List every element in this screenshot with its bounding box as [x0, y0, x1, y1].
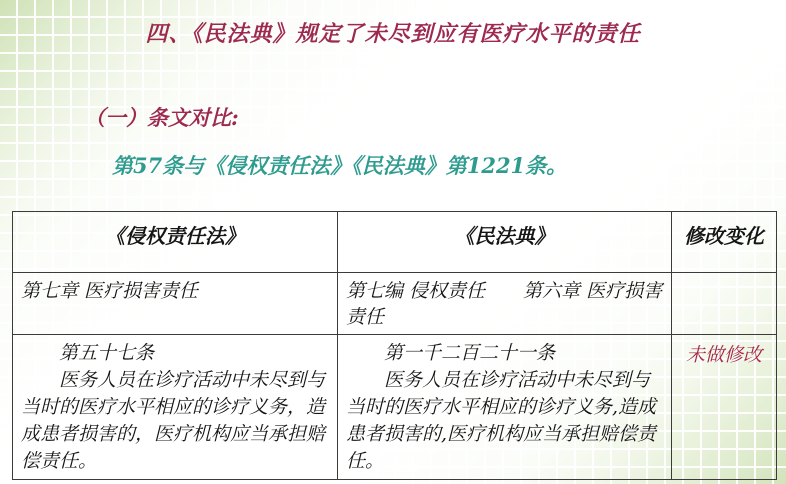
article-cell-change-status: 未做修改: [672, 335, 777, 480]
article-cell-civil-code: 第一千二百二十一条 医务人员在诊疗活动中未尽到与当时的医疗水平相应的诊疗义务,造…: [338, 335, 672, 480]
header-tort-liability-law: 《侵权责任法》: [13, 212, 338, 273]
table-header-row: 《侵权责任法》 《民法典》 修改变化: [13, 212, 777, 273]
header-change: 修改变化: [672, 212, 777, 273]
chapter-cell-change: [672, 273, 777, 335]
comparison-table: 《侵权责任法》 《民法典》 修改变化 第七章 医疗损害责任 第七编 侵权责任 第…: [12, 211, 777, 480]
table-row-chapter: 第七章 医疗损害责任 第七编 侵权责任 第六章 医疗损害责任: [13, 273, 777, 335]
header-civil-code: 《民法典》: [338, 212, 672, 273]
table-row-article: 第五十七条 医务人员在诊疗活动中未尽到与当时的医疗水平相应的诊疗义务，造成患者损…: [13, 335, 777, 480]
chapter-cell-civil-code: 第七编 侵权责任 第六章 医疗损害责任: [338, 273, 672, 335]
article-1221-body: 医务人员在诊疗活动中未尽到与当时的医疗水平相应的诊疗义务,造成患者损害的,医疗机…: [346, 367, 663, 475]
article-1221-heading: 第一千二百二十一条: [346, 340, 663, 367]
comparison-subtitle: 第57条与《侵权责任法》《民法典》第1221条。: [112, 150, 567, 180]
presentation-slide: 四、《民法典》规定了未尽到应有医疗水平的责任 （一）条文对比: 第57条与《侵权…: [0, 0, 786, 484]
article-57-heading: 第五十七条: [21, 340, 329, 367]
article-57-body: 医务人员在诊疗活动中未尽到与当时的医疗水平相应的诊疗义务，造成患者损害的，医疗机…: [21, 367, 329, 475]
section-label: （一）条文对比:: [84, 102, 239, 132]
article-cell-tort-law: 第五十七条 医务人员在诊疗活动中未尽到与当时的医疗水平相应的诊疗义务，造成患者损…: [13, 335, 338, 480]
chapter-cell-tort-law: 第七章 医疗损害责任: [13, 273, 338, 335]
slide-title: 四、《民法典》规定了未尽到应有医疗水平的责任: [0, 17, 786, 48]
